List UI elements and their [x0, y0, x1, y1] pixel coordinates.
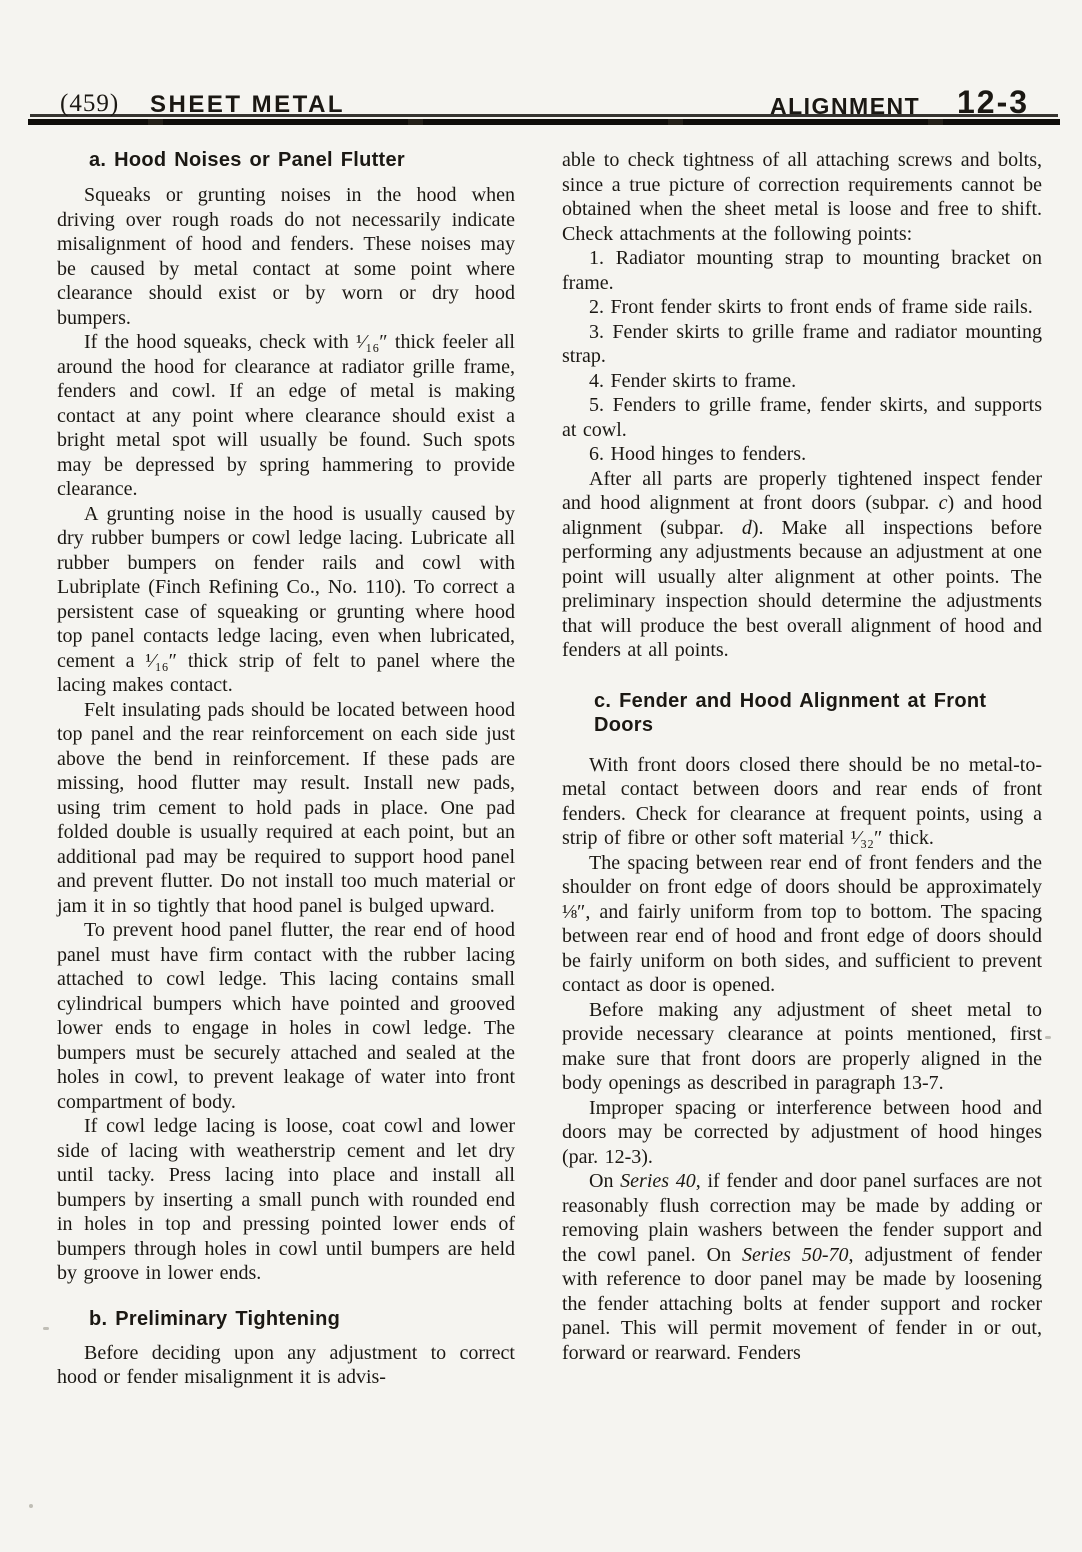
- text-run: Before deciding upon any adjustment to c…: [57, 1342, 515, 1389]
- text-run: c: [939, 492, 948, 514]
- paragraph: Felt insulating pads should be located b…: [57, 698, 515, 919]
- paragraph: If cowl ledge lacing is loose, coat cowl…: [57, 1114, 515, 1286]
- text-run: 5. Fenders to grille frame, fender skirt…: [562, 394, 1042, 441]
- paragraph: 1. Radiator mounting strap to mounting b…: [562, 246, 1042, 295]
- section-a-paragraphs: Squeaks or grunting noises in the hood w…: [57, 183, 515, 1286]
- section-b-paragraphs: Before deciding upon any adjustment to c…: [57, 1341, 515, 1390]
- paragraph: To prevent hood panel flutter, the rear …: [57, 918, 515, 1114]
- paragraph: Before making any adjustment of sheet me…: [562, 998, 1042, 1096]
- paragraph: After all parts are properly tightened i…: [562, 467, 1042, 663]
- text-run: d: [742, 517, 752, 539]
- scan-artifact: [43, 1327, 49, 1330]
- paragraph: On Series 40, if fender and door panel s…: [562, 1169, 1042, 1365]
- text-run: Improper spacing or interference between…: [562, 1097, 1042, 1168]
- paragraph: Before deciding upon any adjustment to c…: [57, 1341, 515, 1390]
- paragraph: 6. Hood hinges to fenders.: [562, 442, 1042, 467]
- text-run: A grunting noise in the hood is usually …: [57, 503, 515, 697]
- paragraph: If the hood squeaks, check with ¹⁄₁₆″ th…: [57, 330, 515, 502]
- text-run: If cowl ledge lacing is loose, coat cowl…: [57, 1115, 515, 1284]
- subheading-a: a. Hood Noises or Panel Flutter: [57, 148, 515, 172]
- paragraph: 4. Fender skirts to frame.: [562, 369, 1042, 394]
- paragraph: With front doors closed there should be …: [562, 753, 1042, 851]
- scan-artifact: [29, 1504, 33, 1508]
- text-run: On: [589, 1170, 620, 1192]
- text-run: Felt insulating pads should be located b…: [57, 699, 515, 917]
- text-run: The spacing between rear end of front fe…: [562, 852, 1042, 997]
- text-run: If the hood squeaks, check with ¹⁄₁₆″ th…: [57, 331, 515, 500]
- text-run: With front doors closed there should be …: [562, 754, 1042, 850]
- header-rule-thick: [28, 119, 1060, 125]
- text-run: Before making any adjustment of sheet me…: [562, 999, 1042, 1095]
- subheading-b: b. Preliminary Tightening: [57, 1307, 515, 1331]
- text-run: Series 40: [620, 1170, 696, 1192]
- paragraph: Improper spacing or interference between…: [562, 1096, 1042, 1170]
- right-column: able to check tightness of all attaching…: [562, 148, 1042, 1365]
- checkpoint-list: 1. Radiator mounting strap to mounting b…: [562, 246, 1042, 467]
- text-run: Series 50-70: [742, 1244, 849, 1266]
- text-run: 3. Fender skirts to grille frame and rad…: [562, 321, 1042, 368]
- paragraph: 3. Fender skirts to grille frame and rad…: [562, 320, 1042, 369]
- text-run: 1. Radiator mounting strap to mounting b…: [562, 247, 1042, 294]
- manual-page: (459) SHEET METAL ALIGNMENT 12-3 a. Hood…: [0, 0, 1082, 1552]
- text-run: 2. Front fender skirts to front ends of …: [589, 296, 1033, 318]
- continuation-paragraph: able to check tightness of all attaching…: [562, 148, 1042, 246]
- header-rule-thin: [30, 114, 1058, 117]
- subheading-c: c. Fender and Hood Alignment at Front Do…: [562, 689, 1042, 737]
- after-list-paragraphs: After all parts are properly tightened i…: [562, 467, 1042, 663]
- paragraph: 2. Front fender skirts to front ends of …: [562, 295, 1042, 320]
- paragraph: The spacing between rear end of front fe…: [562, 851, 1042, 998]
- text-run: 4. Fender skirts to frame.: [589, 370, 796, 392]
- text-run: Squeaks or grunting noises in the hood w…: [57, 184, 515, 329]
- paragraph: 5. Fenders to grille frame, fender skirt…: [562, 393, 1042, 442]
- text-run: To prevent hood panel flutter, the rear …: [57, 919, 515, 1113]
- scan-artifact: [1045, 1036, 1051, 1039]
- text-run: 6. Hood hinges to fenders.: [589, 443, 806, 465]
- paragraph: Squeaks or grunting noises in the hood w…: [57, 183, 515, 330]
- section-c-paragraphs: With front doors closed there should be …: [562, 753, 1042, 1366]
- left-column: a. Hood Noises or Panel Flutter Squeaks …: [57, 148, 515, 1390]
- paragraph: A grunting noise in the hood is usually …: [57, 502, 515, 698]
